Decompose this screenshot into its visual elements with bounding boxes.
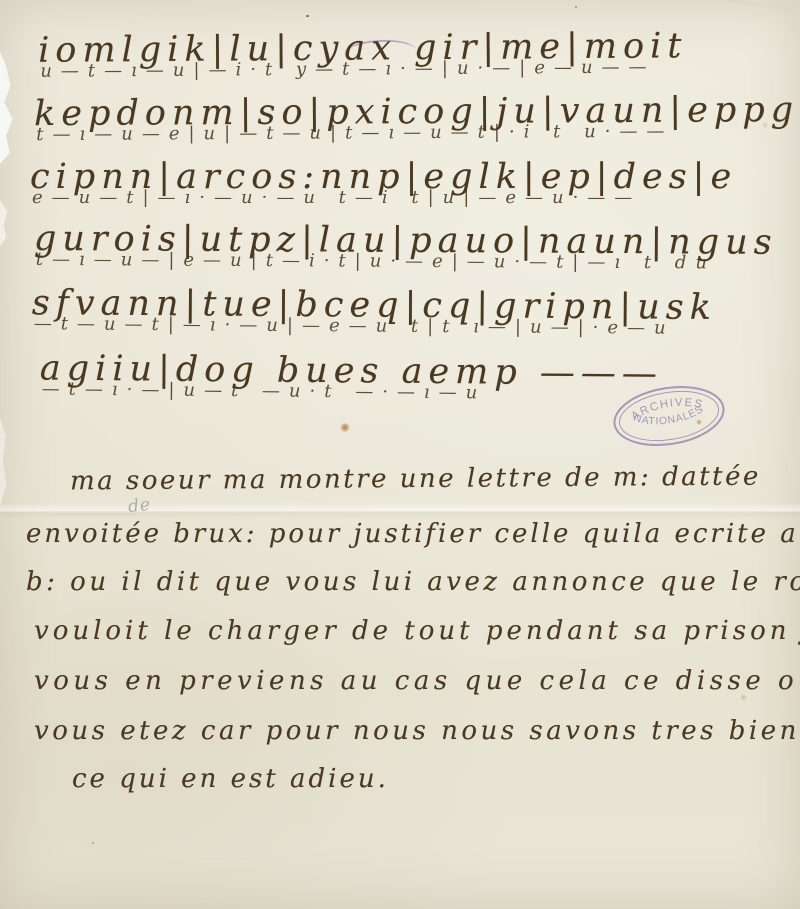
torn-edge	[0, 52, 15, 164]
torn-edge	[0, 200, 8, 246]
ink-speck	[306, 15, 309, 17]
cipher-marks: u—t—ı—u|—i·t y—t—ı·—|u·—|e—u——	[40, 56, 655, 81]
cipher-marks: —t—u—t|—ı·—u|—e—u t|t ı—|u—|·e—u	[34, 313, 675, 338]
cipher-line-2: kepdonm|so|pxicog|ju|vaun|eppge t—ı—u—e|…	[34, 90, 800, 94]
body-line-2: envoitée brux: pour justifier celle quil…	[26, 519, 800, 549]
body-line-1: ma soeur ma montre une lettre de m: datt…	[70, 462, 761, 497]
cipher-marks: e—u—t|—ı·—u·—u t—i t|u|—e—u·——	[32, 187, 641, 208]
body-line-3: b: ou il dit que vous lui avez annonce q…	[26, 567, 800, 597]
body-line-4: vouloit le charger de tout pendant sa pr…	[34, 616, 800, 646]
torn-edge	[0, 418, 7, 506]
corner-crease	[558, 0, 800, 18]
cipher-marks: t—ı—u—|e—u|t—i·t|u·—e|—u·—t|—ı t du	[36, 249, 716, 274]
body-line-6: vous etez car pour nous nous savons tres…	[34, 716, 800, 746]
cipher-line-4: gurois|utpz|lau|pauo|naun|ngus t—ı—u—|e—…	[34, 219, 800, 223]
foxing-stain	[340, 423, 350, 432]
fold-crease	[0, 503, 800, 519]
cipher-line-6: agiiu|dog bues aemp ——— —t—ı·—|u—t —u·t …	[40, 349, 800, 356]
cipher-marks: t—ı—u—e|u|—t—u|t—ı—u—t|·i t u·——	[36, 121, 673, 145]
ink-speck	[575, 6, 577, 8]
scanned-letter-page: iomlgik|lu|cyax gir|me|moit u—t—ı—u|—i·t…	[0, 0, 800, 909]
interline-annotation: de	[127, 495, 152, 517]
ink-speck	[92, 842, 94, 844]
body-line-7: ce qui en est adieu.	[72, 764, 389, 794]
cipher-marks: —t—ı·—|u—t —u·t —·—ı—u	[42, 379, 487, 404]
cipher-line-5: sfvann|tue|bceq|cq|gripn|usk —t—u—t|—ı·—…	[32, 283, 800, 289]
body-line-5: vous en previens au cas que cela ce diss…	[34, 666, 800, 696]
cipher-line-1: iomlgik|lu|cyax gir|me|moit u—t—ı—u|—i·t…	[38, 25, 800, 31]
